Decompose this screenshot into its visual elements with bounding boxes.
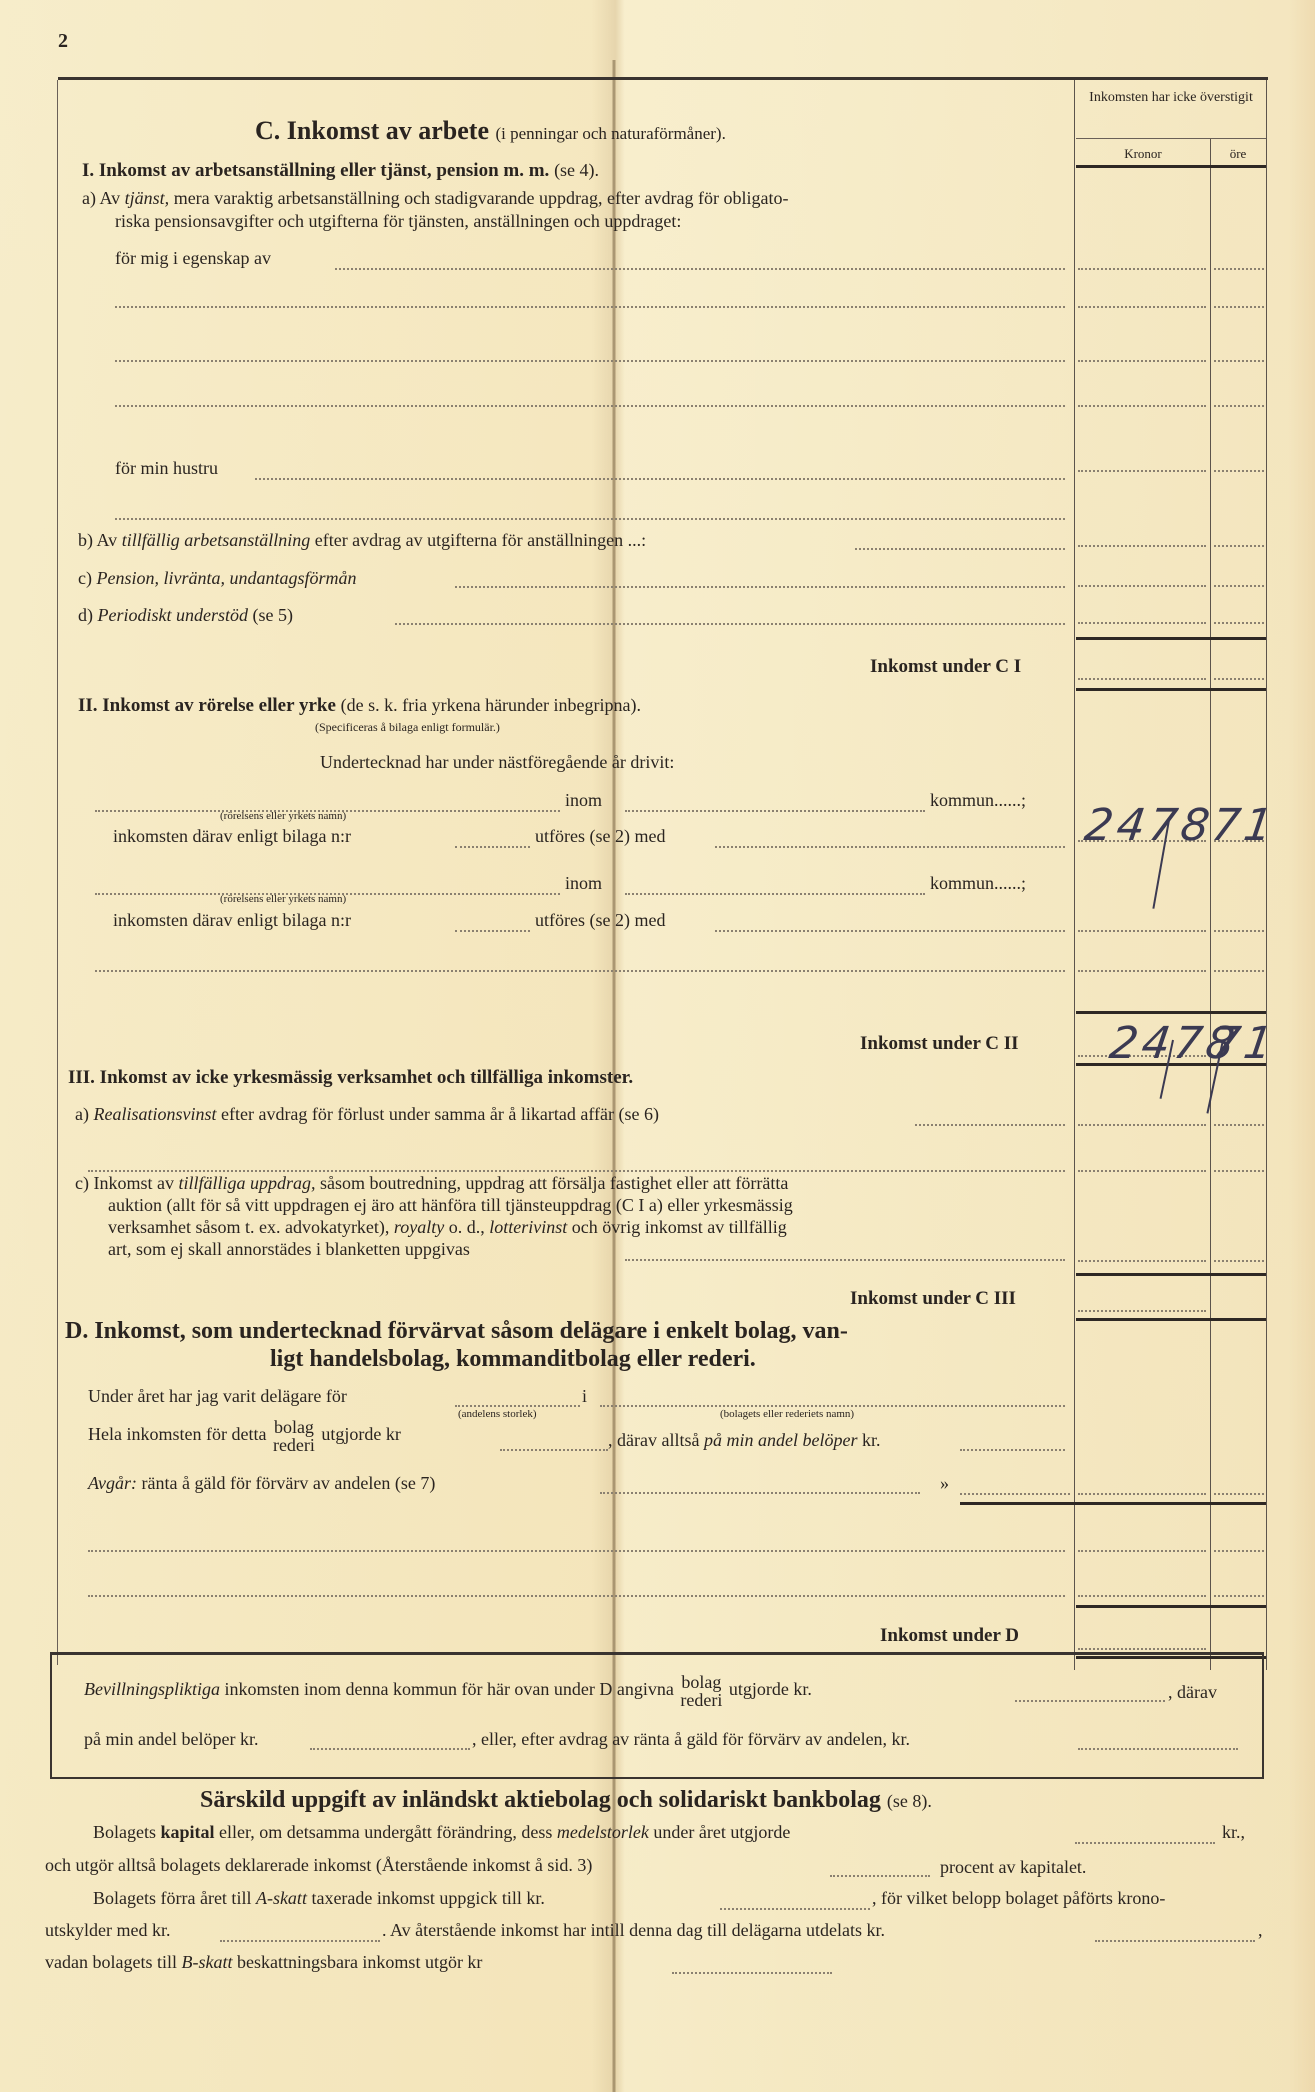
special-p4-rest: . Av återstående inkomst har intill denn…	[382, 1920, 885, 1941]
cii-subtotal-rule	[1076, 1011, 1266, 1014]
header-separator	[1076, 138, 1266, 139]
box-d-line2-prefix: på min andel belöper kr.	[84, 1729, 258, 1750]
amount-field-4[interactable]	[1078, 405, 1206, 407]
ore-label: öre	[1210, 146, 1266, 162]
special-p2-end: procent av kapitalet.	[940, 1857, 1086, 1878]
special-p3-rest: , för vilket belopp bolaget påförts kron…	[872, 1888, 1165, 1909]
business-name-caption-2: (rörelsens eller yrkets namn)	[220, 893, 346, 905]
part-ii-extra-line[interactable]	[95, 970, 1065, 972]
section-d-row2: Hela inkomsten för detta bolagrederi utg…	[88, 1418, 401, 1454]
for-mig-line-3[interactable]	[115, 360, 1065, 362]
ciii-total-label: Inkomst under C III	[850, 1288, 1016, 1310]
for-mig-line-4[interactable]	[115, 405, 1065, 407]
for-hustru-label: för min hustru	[115, 458, 218, 479]
part-i-b: b) Av tillfällig arbetsanställning efter…	[78, 530, 646, 551]
section-d-line-2[interactable]	[88, 1595, 1065, 1597]
for-mig-field[interactable]	[335, 268, 1065, 270]
section-d-title-line2: ligt handelsbolag, kommanditbolag eller …	[270, 1346, 756, 1373]
ciii-total-rule	[1076, 1318, 1266, 1321]
amount-field-3[interactable]	[1078, 360, 1206, 362]
part-i-title: I. Inkomst av arbetsanställning eller tj…	[82, 160, 599, 182]
utfores-label-2: utföres (se 2) med	[535, 910, 665, 931]
amount-column-right-border	[1266, 80, 1267, 1670]
special-p1: Bolagets kapital eller, om detsamma unde…	[93, 1822, 790, 1843]
kommun-label-1: kommun......;	[930, 790, 1026, 811]
d-total-label: Inkomst under D	[880, 1625, 1019, 1647]
bilaga-label-2: inkomsten därav enligt bilaga n:r	[113, 910, 351, 931]
ciii-c-ore-field[interactable]	[1214, 1260, 1264, 1262]
for-mig-label: för mig i egenskap av	[115, 248, 271, 269]
avgar-field[interactable]	[600, 1492, 920, 1494]
part-i-b-field[interactable]	[855, 548, 1065, 550]
part-iii-a-field[interactable]	[915, 1124, 1065, 1126]
box-d-net-field[interactable]	[1078, 1748, 1238, 1750]
part-iii-c-line3: verksamhet såsom t. ex. advokatyrket), r…	[108, 1217, 787, 1238]
cii-entry-2-field[interactable]	[1078, 930, 1206, 932]
company-name-caption: (bolagets eller rederiets namn)	[720, 1408, 854, 1420]
capital-field[interactable]	[1075, 1842, 1215, 1844]
d-ore-field-2[interactable]	[1214, 1595, 1264, 1597]
for-hustru-field[interactable]	[255, 478, 1065, 480]
for-hustru-line-2[interactable]	[115, 518, 1065, 520]
part-iii-b-line[interactable]	[88, 1170, 1065, 1172]
ciii-a-ore-field[interactable]	[1214, 1124, 1264, 1126]
d-subtotal-rule	[1076, 1605, 1266, 1608]
share-size-field[interactable]	[455, 1405, 580, 1407]
ore-field-5[interactable]	[1214, 470, 1264, 472]
kronor-ore-divider	[1210, 138, 1211, 1670]
d-field-1[interactable]	[1078, 1550, 1206, 1552]
d-total-field[interactable]	[1078, 1648, 1206, 1650]
top-rule	[58, 77, 1268, 80]
handwritten-amount-ore-1: 71	[1208, 800, 1279, 851]
kommun-field-2[interactable]	[625, 893, 925, 895]
amount-field-5[interactable]	[1078, 470, 1206, 472]
part-i-d: d) Periodiskt understöd (se 5)	[78, 605, 293, 626]
section-c-title: C. Inkomst av arbete (i penningar och na…	[255, 116, 726, 146]
ore-field-8[interactable]	[1214, 622, 1264, 624]
business-name-caption-1: (rörelsens eller yrkets namn)	[220, 810, 346, 822]
part-i-ref: (se 4).	[554, 160, 599, 180]
ore-field-7[interactable]	[1214, 585, 1264, 587]
amount-field-2[interactable]	[1078, 306, 1206, 308]
box-d-line1: Bevillningspliktiga inkomsten inom denna…	[84, 1673, 812, 1709]
special-section-title: Särskild uppgift av inländskt aktiebolag…	[200, 1787, 932, 1814]
section-d-line-1[interactable]	[88, 1550, 1065, 1552]
for-mig-line-2[interactable]	[115, 306, 1065, 308]
bilaga-label-1: inkomsten därav enligt bilaga n:r	[113, 826, 351, 847]
ore-field-3[interactable]	[1214, 360, 1264, 362]
ciii-b-field[interactable]	[1078, 1170, 1206, 1172]
part-iii-c-line1: c) Inkomst av tillfälliga uppdrag, såsom…	[75, 1173, 788, 1194]
part-ii-intro: Undertecknad har under nästföregående år…	[320, 752, 674, 773]
kronoutskylder-field[interactable]	[220, 1940, 380, 1942]
part-iii-c-line2: auktion (allt för så vitt uppdragen ej ä…	[108, 1195, 793, 1216]
section-d-row1-i: i	[582, 1386, 587, 1407]
ciii-c-field[interactable]	[1078, 1260, 1206, 1262]
b-skatt-field[interactable]	[672, 1972, 832, 1974]
special-p2: och utgör alltså bolagets deklarerade in…	[45, 1855, 592, 1876]
amount-field-7[interactable]	[1078, 585, 1206, 587]
company-name-field[interactable]	[600, 1405, 1065, 1407]
part-i-d-field[interactable]	[395, 623, 1065, 625]
section-d-title-line1: D. Inkomst, som undertecknad förvärvat s…	[65, 1318, 848, 1345]
part-i-a-line2: riska pensionsavgifter och utgifterna fö…	[115, 211, 681, 232]
ore-field-2[interactable]	[1214, 306, 1264, 308]
cii-total-label: Inkomst under C II	[860, 1033, 1019, 1055]
ore-field-6[interactable]	[1214, 545, 1264, 547]
a-skatt-field[interactable]	[720, 1908, 870, 1910]
left-border	[57, 80, 58, 1665]
taxable-income-box	[50, 1652, 1264, 1779]
section-d-row1-label: Under året har jag varit delägare för	[88, 1386, 347, 1407]
d-field-2[interactable]	[1078, 1595, 1206, 1597]
box-d-share-field[interactable]	[310, 1748, 470, 1750]
part-iii-c-line4: art, som ej skall annorstädes i blankett…	[108, 1239, 470, 1260]
box-d-line2-rest: , eller, efter avdrag av ränta å gäld fö…	[472, 1729, 910, 1750]
part-ii-title: II. Inkomst av rörelse eller yrke (de s.…	[78, 695, 641, 717]
section-c-subtitle: (i penningar och naturaförmåner).	[496, 124, 726, 143]
dividend-field[interactable]	[1095, 1940, 1255, 1942]
d-avgar-kronor-field[interactable]	[1078, 1493, 1206, 1495]
d-ore-field-1[interactable]	[1214, 1550, 1264, 1552]
header-thick-rule	[1076, 165, 1266, 168]
box-d-line1-end: , därav	[1168, 1682, 1217, 1703]
section-d-row2-rest: , därav alltså på min andel belöper kr.	[608, 1430, 880, 1451]
ci-total-field[interactable]	[1078, 678, 1206, 680]
d-avgar-ore-field[interactable]	[1214, 1493, 1264, 1495]
ci-total-ore-field[interactable]	[1214, 678, 1264, 680]
total-income-field[interactable]	[500, 1449, 608, 1451]
ciii-a-field[interactable]	[1078, 1124, 1206, 1126]
amount-column-header: Inkomsten har icke överstigit	[1076, 90, 1266, 106]
special-p5: vadan bolagets till B-skatt beskattnings…	[45, 1952, 482, 1973]
cii-entry-3-field[interactable]	[1078, 970, 1206, 972]
ore-field-4[interactable]	[1214, 405, 1264, 407]
special-p4-prefix: utskylder med kr.	[45, 1920, 170, 1941]
kronor-label: Kronor	[1076, 146, 1210, 162]
amount-field-6[interactable]	[1078, 545, 1206, 547]
percent-field[interactable]	[830, 1875, 930, 1877]
utfores-label-1: utföres (se 2) med	[535, 826, 665, 847]
ciii-total-field[interactable]	[1078, 1310, 1206, 1312]
d-avgar-field[interactable]	[960, 1493, 1070, 1495]
utfores-field-1[interactable]	[715, 846, 1065, 848]
box-d-taxable-field[interactable]	[1015, 1700, 1165, 1702]
section-d-row3: Avgår: ränta å gäld för förvärv av andel…	[88, 1473, 435, 1494]
bilaga-number-field-1[interactable]	[455, 846, 530, 848]
inom-label-2: inom	[565, 873, 602, 894]
ci-total-rule	[1076, 688, 1266, 691]
box-d-bolag-rederi-fraction: bolagrederi	[680, 1673, 722, 1709]
part-iii-c-field[interactable]	[625, 1259, 1065, 1261]
part-ii-note: (Specificeras å bilaga enligt formulär.)	[315, 720, 500, 735]
share-size-caption: (andelens storlek)	[458, 1408, 537, 1420]
ci-total-label: Inkomst under C I	[870, 656, 1021, 678]
part-iii-title: III. Inkomst av icke yrkesmässig verksam…	[68, 1067, 633, 1089]
cii-entry-2-ore-field[interactable]	[1214, 930, 1264, 932]
special-p1-end: kr.,	[1222, 1822, 1245, 1843]
share-income-field[interactable]	[960, 1449, 1065, 1451]
bilaga-number-field-2[interactable]	[455, 930, 530, 932]
part-i-a-line1: a) Av tjänst, mera varaktig arbetsanstäl…	[82, 188, 788, 209]
inom-label-1: inom	[565, 790, 602, 811]
ciii-b-ore-field[interactable]	[1214, 1170, 1264, 1172]
amount-column-left-border	[1074, 80, 1075, 1670]
ciii-subtotal-rule	[1076, 1273, 1266, 1276]
amount-field-8[interactable]	[1078, 622, 1206, 624]
d-avgar-rule	[960, 1502, 1266, 1505]
part-i-c-field[interactable]	[455, 586, 1065, 588]
handwritten-amount-kronor-1: 2478	[1081, 800, 1216, 851]
kommun-label-2: kommun......;	[930, 873, 1026, 894]
cii-entry-3-ore-field[interactable]	[1214, 970, 1264, 972]
special-p4-end: ,	[1258, 1920, 1263, 1941]
utfores-field-2[interactable]	[715, 930, 1065, 932]
ore-field-1[interactable]	[1214, 268, 1264, 270]
page-number: 2	[58, 30, 68, 53]
special-p3: Bolagets förra året till A-skatt taxerad…	[93, 1888, 545, 1909]
part-iii-a: a) Realisationsvinst efter avdrag för fö…	[75, 1104, 659, 1125]
bolag-rederi-fraction: bolagrederi	[273, 1418, 315, 1454]
subtotal-rule-before-ci	[1076, 637, 1266, 640]
part-i-c: c) Pension, livränta, undantagsförmån	[78, 568, 356, 589]
kommun-field-1[interactable]	[625, 810, 925, 812]
amount-field-1[interactable]	[1078, 268, 1206, 270]
avgar-sign: »	[940, 1473, 949, 1494]
